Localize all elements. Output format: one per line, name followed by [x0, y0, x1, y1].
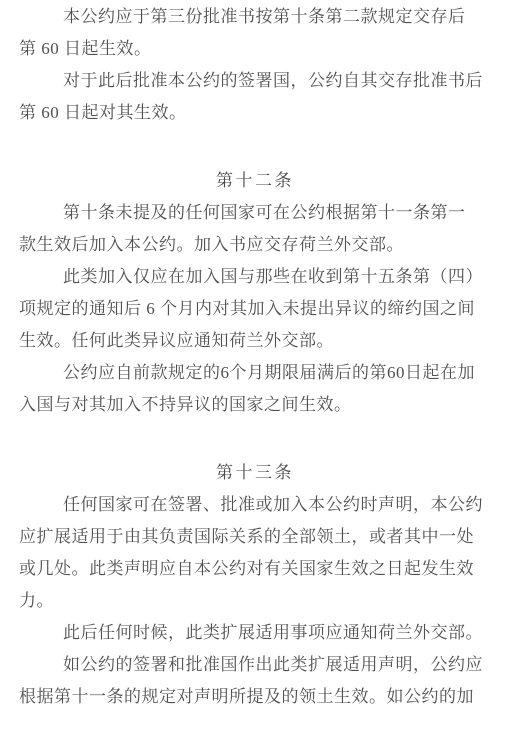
text-line: 项规定的通知后 6 个月内对其加入未提出异议的缔约国之间 [19, 293, 491, 325]
paragraph: 对于此后批准本公约的签署国，公约自其交存批准书后第 60 日起对其生效。 [19, 65, 491, 129]
paragraph: 第十条未提及的任何国家可在公约根据第十一条第一款生效后加入本公约。加入书应交存荷… [19, 197, 491, 261]
text-line: 此后任何时候，此类扩展适用事项应通知荷兰外交部。 [19, 617, 491, 649]
text-line: 任何国家可在签署、批准或加入本公约时声明，本公约 [19, 489, 491, 521]
article-heading: 第十三条 [19, 457, 491, 489]
paragraph: 此类加入仅应在加入国与那些在收到第十五条第（四）项规定的通知后 6 个月内对其加… [19, 261, 491, 357]
document-page: 本公约应于第三份批准书按第十条第二款规定交存后第 60 日起生效。对于此后批准本… [0, 0, 507, 733]
paragraph: 公约应自前款规定的6个月期限届满后的第60日起在加入国与对其加入不持异议的国家之… [19, 357, 491, 421]
paragraph: 本公约应于第三份批准书按第十条第二款规定交存后第 60 日起生效。 [19, 1, 491, 65]
text-line: 本公约应于第三份批准书按第十条第二款规定交存后 [19, 1, 491, 33]
text-line: 入国与对其加入不持异议的国家之间生效。 [19, 389, 491, 421]
paragraph: 此后任何时候，此类扩展适用事项应通知荷兰外交部。 [19, 617, 491, 649]
text-line: 对于此后批准本公约的签署国，公约自其交存批准书后 [19, 65, 491, 97]
paragraph: 任何国家可在签署、批准或加入本公约时声明，本公约应扩展适用于由其负责国际关系的全… [19, 489, 491, 617]
text-line: 应扩展适用于由其负责国际关系的全部领土，或者其中一处 [19, 521, 491, 553]
text-line: 第十条未提及的任何国家可在公约根据第十一条第一 [19, 197, 491, 229]
text-line: 款生效后加入本公约。加入书应交存荷兰外交部。 [19, 229, 491, 261]
text-line: 此类加入仅应在加入国与那些在收到第十五条第（四） [19, 261, 491, 293]
text-line: 根据第十一条的规定对声明所提及的领土生效。如公约的加 [19, 681, 491, 713]
text-line: 公约应自前款规定的6个月期限届满后的第60日起在加 [19, 357, 491, 389]
text-line: 生效。任何此类异议应通知荷兰外交部。 [19, 325, 491, 357]
text-line: 第 60 日起对其生效。 [19, 97, 491, 129]
text-line: 力。 [19, 585, 491, 617]
paragraph: 如公约的签署和批准国作出此类扩展适用声明，公约应根据第十一条的规定对声明所提及的… [19, 649, 491, 713]
text-line: 第 60 日起生效。 [19, 33, 491, 65]
text-line: 或几处。此类声明应自本公约对有关国家生效之日起发生效 [19, 553, 491, 585]
text-line: 如公约的签署和批准国作出此类扩展适用声明，公约应 [19, 649, 491, 681]
article-heading: 第十二条 [19, 165, 491, 197]
